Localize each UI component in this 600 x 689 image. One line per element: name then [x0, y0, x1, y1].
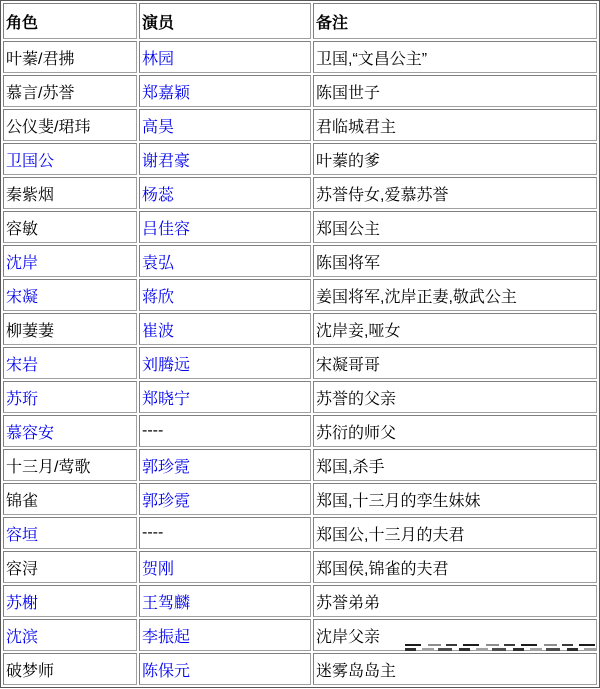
note-text: 叶蓁的爹 — [316, 153, 380, 170]
role-cell: 宋凝 — [3, 279, 137, 311]
actor-link[interactable]: 郑晓宁 — [142, 391, 190, 408]
actor-link[interactable]: 郑嘉颖 — [142, 85, 190, 102]
note-text: 郑国,十三月的孪生妹妹 — [316, 493, 480, 510]
role-cell: 柳萋萋 — [3, 313, 137, 345]
actor-link[interactable]: 王驾麟 — [142, 595, 190, 612]
table-row: 卫国公谢君豪叶蓁的爹 — [3, 143, 597, 175]
actor-cell: 郭珍霓 — [139, 449, 311, 481]
role-text: 十三月/莺歌 — [6, 459, 90, 476]
note-cell: 沈岸妾,哑女 — [313, 313, 597, 345]
actor-cell: 蒋欣 — [139, 279, 311, 311]
note-cell: 陈国世子 — [313, 75, 597, 107]
role-text: 公仪斐/珺玮 — [6, 119, 90, 136]
role-cell: 沈岸 — [3, 245, 137, 277]
cast-table-body: 叶蓁/君拂林园卫国,“文昌公主”慕言/苏誉郑嘉颖陈国世子公仪斐/珺玮高昊君临城君… — [3, 41, 597, 685]
role-cell: 容敏 — [3, 211, 137, 243]
role-cell: 容浔 — [3, 551, 137, 583]
actor-cell: 贺刚 — [139, 551, 311, 583]
actor-link[interactable]: 崔波 — [142, 323, 174, 340]
note-text: 沈岸父亲 — [316, 629, 380, 646]
note-text: 苏衍的师父 — [316, 425, 396, 442]
table-row: 容垣----郑国公,十三月的夫君 — [3, 517, 597, 549]
actor-cell: 陈保元 — [139, 653, 311, 685]
table-row: 宋岩刘腾远宋凝哥哥 — [3, 347, 597, 379]
actor-link[interactable]: 谢君豪 — [142, 153, 190, 170]
note-cell: 苏誉的父亲 — [313, 381, 597, 413]
role-text: 容浔 — [6, 561, 38, 578]
role-cell: 公仪斐/珺玮 — [3, 109, 137, 141]
role-text: 锦雀 — [6, 493, 38, 510]
role-text: 容敏 — [6, 221, 38, 238]
role-text: 叶蓁/君拂 — [6, 51, 74, 68]
note-cell: 沈岸父亲 — [313, 619, 597, 651]
header-note: 备注 — [313, 3, 597, 39]
note-cell: 迷雾岛岛主 — [313, 653, 597, 685]
note-text: 陈国将军 — [316, 255, 380, 272]
note-text: 君临城君主 — [316, 119, 396, 136]
table-row: 秦紫烟杨蕊苏誉侍女,爱慕苏誉 — [3, 177, 597, 209]
role-link[interactable]: 卫国公 — [6, 153, 54, 170]
actor-cell: 谢君豪 — [139, 143, 311, 175]
actor-cell: 崔波 — [139, 313, 311, 345]
actor-link[interactable]: 郭珍霓 — [142, 459, 190, 476]
table-row: 十三月/莺歌郭珍霓郑国,杀手 — [3, 449, 597, 481]
actor-cell: 刘腾远 — [139, 347, 311, 379]
note-text: 苏誉的父亲 — [316, 391, 396, 408]
table-row: 叶蓁/君拂林园卫国,“文昌公主” — [3, 41, 597, 73]
note-text: 姜国将军,沈岸正妻,敬武公主 — [316, 289, 517, 306]
note-cell: 苏誉侍女,爱慕苏誉 — [313, 177, 597, 209]
actor-link[interactable]: 李振起 — [142, 629, 190, 646]
note-text: 郑国公主 — [316, 221, 380, 238]
actor-cell: 郑嘉颖 — [139, 75, 311, 107]
role-text: 秦紫烟 — [6, 187, 54, 204]
table-row: 宋凝蒋欣姜国将军,沈岸正妻,敬武公主 — [3, 279, 597, 311]
table-row: 慕容安----苏衍的师父 — [3, 415, 597, 447]
role-link[interactable]: 宋凝 — [6, 289, 38, 306]
actor-cell: ---- — [139, 415, 311, 447]
page: { "colors": { "link": "#0000ee", "text":… — [0, 0, 600, 689]
note-text: 宋凝哥哥 — [316, 357, 380, 374]
note-cell: 郑国,杀手 — [313, 449, 597, 481]
role-link[interactable]: 苏榭 — [6, 595, 38, 612]
role-cell: 秦紫烟 — [3, 177, 137, 209]
table-row: 慕言/苏誉郑嘉颖陈国世子 — [3, 75, 597, 107]
note-text: 迷雾岛岛主 — [316, 663, 396, 680]
table-row: 苏珩郑晓宁苏誉的父亲 — [3, 381, 597, 413]
role-cell: 锦雀 — [3, 483, 137, 515]
note-cell: 苏衍的师父 — [313, 415, 597, 447]
note-cell: 宋凝哥哥 — [313, 347, 597, 379]
note-cell: 君临城君主 — [313, 109, 597, 141]
role-text: 柳萋萋 — [6, 323, 54, 340]
table-row: 锦雀郭珍霓郑国,十三月的孪生妹妹 — [3, 483, 597, 515]
note-text: 郑国公,十三月的夫君 — [316, 527, 464, 544]
actor-cell: 郑晓宁 — [139, 381, 311, 413]
table-row: 公仪斐/珺玮高昊君临城君主 — [3, 109, 597, 141]
table-row: 沈岸袁弘陈国将军 — [3, 245, 597, 277]
note-text: 沈岸妾,哑女 — [316, 323, 400, 340]
actor-link[interactable]: 蒋欣 — [142, 289, 174, 306]
note-cell: 卫国,“文昌公主” — [313, 41, 597, 73]
actor-cell: 李振起 — [139, 619, 311, 651]
note-text: 郑国侯,锦雀的夫君 — [316, 561, 448, 578]
actor-link[interactable]: 袁弘 — [142, 255, 174, 272]
role-cell: 破梦师 — [3, 653, 137, 685]
note-cell: 苏誉弟弟 — [313, 585, 597, 617]
note-cell: 叶蓁的爹 — [313, 143, 597, 175]
note-cell: 郑国公主 — [313, 211, 597, 243]
note-text: 卫国,“文昌公主” — [316, 51, 427, 68]
actor-cell: 杨蕊 — [139, 177, 311, 209]
actor-link[interactable]: 贺刚 — [142, 561, 174, 578]
role-link[interactable]: 苏珩 — [6, 391, 38, 408]
role-cell: 叶蓁/君拂 — [3, 41, 137, 73]
note-cell: 郑国侯,锦雀的夫君 — [313, 551, 597, 583]
role-cell: 卫国公 — [3, 143, 137, 175]
header-row: 角色 演员 备注 — [3, 3, 597, 39]
role-cell: 苏榭 — [3, 585, 137, 617]
table-row: 容浔贺刚郑国侯,锦雀的夫君 — [3, 551, 597, 583]
role-text: 慕言/苏誉 — [6, 85, 74, 102]
actor-link[interactable]: 郭珍霓 — [142, 493, 190, 510]
note-text: 苏誉弟弟 — [316, 595, 380, 612]
role-cell: 宋岩 — [3, 347, 137, 379]
role-link[interactable]: 慕容安 — [6, 425, 54, 442]
actor-cell: ---- — [139, 517, 311, 549]
role-cell: 慕言/苏誉 — [3, 75, 137, 107]
table-row: 破梦师陈保元迷雾岛岛主 — [3, 653, 597, 685]
actor-link[interactable]: 吕佳容 — [142, 221, 190, 238]
role-cell: 容垣 — [3, 517, 137, 549]
note-cell: 姜国将军,沈岸正妻,敬武公主 — [313, 279, 597, 311]
cast-table: 角色 演员 备注 叶蓁/君拂林园卫国,“文昌公主”慕言/苏誉郑嘉颖陈国世子公仪斐… — [0, 0, 600, 688]
actor-link[interactable]: 高昊 — [142, 119, 174, 136]
note-text: 苏誉侍女,爱慕苏誉 — [316, 187, 448, 204]
role-link[interactable]: 沈滨 — [6, 629, 38, 646]
role-link[interactable]: 沈岸 — [6, 255, 38, 272]
role-cell: 慕容安 — [3, 415, 137, 447]
header-role: 角色 — [3, 3, 137, 39]
table-row: 柳萋萋崔波沈岸妾,哑女 — [3, 313, 597, 345]
actor-cell: 王驾麟 — [139, 585, 311, 617]
note-text: 郑国,杀手 — [316, 459, 384, 476]
actor-cell: 郭珍霓 — [139, 483, 311, 515]
note-text: 陈国世子 — [316, 85, 380, 102]
role-link[interactable]: 容垣 — [6, 527, 38, 544]
actor-link[interactable]: 陈保元 — [142, 663, 190, 680]
actor-link[interactable]: 刘腾远 — [142, 357, 190, 374]
role-cell: 苏珩 — [3, 381, 137, 413]
note-cell: 郑国公,十三月的夫君 — [313, 517, 597, 549]
actor-cell: 高昊 — [139, 109, 311, 141]
note-cell: 陈国将军 — [313, 245, 597, 277]
table-row: 容敏吕佳容郑国公主 — [3, 211, 597, 243]
actor-cell: 林园 — [139, 41, 311, 73]
header-actor: 演员 — [139, 3, 311, 39]
actor-link[interactable]: 杨蕊 — [142, 187, 174, 204]
cast-table-header: 角色 演员 备注 — [3, 3, 597, 39]
actor-cell: 吕佳容 — [139, 211, 311, 243]
role-cell: 十三月/莺歌 — [3, 449, 137, 481]
table-row: 沈滨李振起沈岸父亲 — [3, 619, 597, 651]
actor-text: ---- — [142, 422, 163, 439]
table-row: 苏榭王驾麟苏誉弟弟 — [3, 585, 597, 617]
actor-cell: 袁弘 — [139, 245, 311, 277]
actor-link[interactable]: 林园 — [142, 51, 174, 68]
role-link[interactable]: 宋岩 — [6, 357, 38, 374]
note-cell: 郑国,十三月的孪生妹妹 — [313, 483, 597, 515]
actor-text: ---- — [142, 524, 163, 541]
role-cell: 沈滨 — [3, 619, 137, 651]
role-text: 破梦师 — [6, 663, 54, 680]
